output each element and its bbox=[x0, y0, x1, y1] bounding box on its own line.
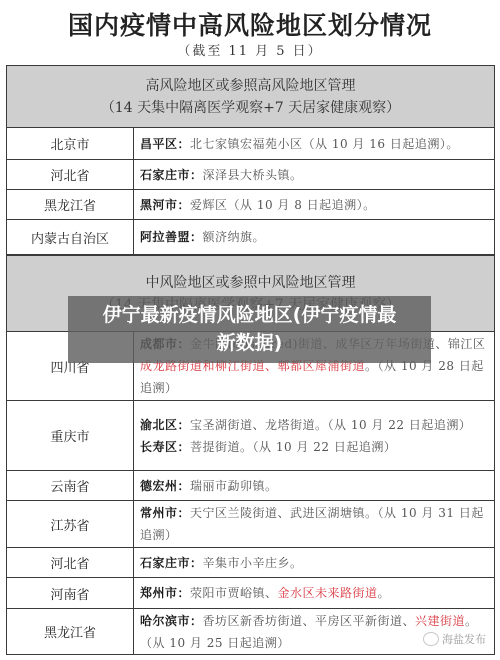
area-text-highlight: 金水区未来路街道 bbox=[278, 586, 378, 600]
province-cell: 河北省 bbox=[7, 548, 134, 577]
table-row: 江苏省 常州市：天宁区兰陵街道、武进区湖塘镇。（从 10 月 31 日起追溯） bbox=[7, 501, 494, 548]
area-text: 菩提街道。（从 10 月 22 日起追溯） bbox=[190, 440, 396, 454]
high-risk-heading: 高风险地区或参照高风险地区管理 bbox=[7, 75, 494, 97]
detail-cell: 石家庄市：辛集市小辛庄乡。 bbox=[134, 548, 494, 577]
area-text-highlight: 兴建街道 bbox=[415, 614, 465, 628]
table-row: 重庆市 渝北区：宝圣湖街道、龙塔街道。（从 10 月 22 日起追溯） 长寿区：… bbox=[7, 401, 494, 471]
high-risk-note: （14 天集中隔离医学观察+7 天居家健康观察） bbox=[7, 97, 494, 119]
area-text: 辛集市小辛庄乡。 bbox=[203, 556, 303, 570]
city-label: 石家庄市： bbox=[140, 556, 203, 570]
province-cell: 北京市 bbox=[7, 128, 134, 159]
table-row: 云南省 德宏州：瑞丽市勐卯镇。 bbox=[7, 471, 494, 501]
detail-cell: 阿拉善盟：额济纳旗。 bbox=[134, 220, 494, 254]
detail-cell: 黑河市：爱辉区（从 10 月 8 日起追溯）。 bbox=[134, 190, 494, 219]
area-text: 。 bbox=[378, 586, 391, 600]
table-row: 河南省 郑州市：荥阳市贾峪镇、金水区未来路街道。 bbox=[7, 578, 494, 609]
detail-cell: 渝北区：宝圣湖街道、龙塔街道。（从 10 月 22 日起追溯） 长寿区：菩提街道… bbox=[134, 401, 494, 470]
city-label: 长寿区： bbox=[140, 440, 190, 454]
city-label: 黑河市： bbox=[140, 198, 190, 212]
area-text: 宝圣湖街道、龙塔街道。（从 10 月 22 日起追溯） bbox=[190, 418, 471, 432]
watermark: 海盐发布 bbox=[423, 631, 486, 647]
document-subtitle: （截至 11 月 5 日） bbox=[0, 40, 500, 59]
city-label: 哈尔滨市： bbox=[140, 614, 203, 628]
mid-risk-heading: 中风险地区或参照中风险地区管理 bbox=[7, 272, 494, 294]
high-risk-header: 高风险地区或参照高风险地区管理 （14 天集中隔离医学观察+7 天居家健康观察） bbox=[7, 66, 494, 128]
detail-cell: 德宏州：瑞丽市勐卯镇。 bbox=[134, 471, 494, 500]
city-label: 常州市： bbox=[140, 506, 190, 520]
province-cell: 重庆市 bbox=[7, 401, 134, 470]
area-text: 爱辉区（从 10 月 8 日起追溯）。 bbox=[190, 198, 376, 212]
city-label: 阿拉善盟： bbox=[140, 230, 203, 244]
province-cell: 内蒙古自治区 bbox=[7, 220, 134, 254]
area-text: 北七家镇宏福苑小区（从 10 月 16 日起追溯）。 bbox=[190, 137, 459, 151]
detail-cell: 昌平区：北七家镇宏福苑小区（从 10 月 16 日起追溯）。 bbox=[134, 128, 494, 159]
detail-cell: 常州市：天宁区兰陵街道、武进区湖塘镇。（从 10 月 31 日起追溯） bbox=[134, 501, 494, 547]
table-row: 河北省 石家庄市：深泽县大桥头镇。 bbox=[7, 160, 494, 190]
city-label: 石家庄市： bbox=[140, 168, 203, 182]
province-cell: 河南省 bbox=[7, 578, 134, 608]
wechat-icon bbox=[423, 632, 439, 646]
document-title: 国内疫情中高风险地区划分情况 bbox=[0, 6, 500, 42]
headline-line-2: 新数据) bbox=[68, 329, 431, 357]
city-label: 郑州市： bbox=[140, 586, 190, 600]
province-cell: 河北省 bbox=[7, 160, 134, 189]
table-row: 黑龙江省 黑河市：爱辉区（从 10 月 8 日起追溯）。 bbox=[7, 190, 494, 220]
area-text: 香坊区新香坊街道、平房区平新街道、 bbox=[203, 614, 416, 628]
area-text: 额济纳旗。 bbox=[203, 230, 266, 244]
province-cell: 江苏省 bbox=[7, 501, 134, 547]
area-text: 荥阳市贾峪镇、 bbox=[190, 586, 278, 600]
table-row: 河北省 石家庄市：辛集市小辛庄乡。 bbox=[7, 548, 494, 578]
province-cell: 云南省 bbox=[7, 471, 134, 500]
province-cell: 黑龙江省 bbox=[7, 609, 134, 654]
watermark-label: 海盐发布 bbox=[442, 631, 486, 647]
table-row: 内蒙古自治区 阿拉善盟：额济纳旗。 bbox=[7, 220, 494, 255]
city-label: 渝北区： bbox=[140, 418, 190, 432]
area-text: 瑞丽市勐卯镇。 bbox=[190, 479, 278, 493]
city-label: 德宏州： bbox=[140, 479, 190, 493]
detail-cell: 石家庄市：深泽县大桥头镇。 bbox=[134, 160, 494, 189]
area-text: 天宁区兰陵街道、武进区湖塘镇。（从 10 月 31 日起追溯） bbox=[140, 506, 484, 542]
area-text: 深泽县大桥头镇。 bbox=[203, 168, 303, 182]
city-label: 昌平区： bbox=[140, 137, 190, 151]
province-cell: 黑龙江省 bbox=[7, 190, 134, 219]
headline-overlay: 伊宁最新疫情风险地区(伊宁疫情最 新数据) bbox=[68, 296, 431, 363]
detail-cell: 郑州市：荥阳市贾峪镇、金水区未来路街道。 bbox=[134, 578, 494, 608]
headline-line-1: 伊宁最新疫情风险地区(伊宁疫情最 bbox=[68, 301, 431, 329]
table-row: 北京市 昌平区：北七家镇宏福苑小区（从 10 月 16 日起追溯）。 bbox=[7, 128, 494, 160]
table-row: 黑龙江省 哈尔滨市：香坊区新香坊街道、平房区平新街道、兴建街道。（从 10 月 … bbox=[7, 609, 494, 654]
